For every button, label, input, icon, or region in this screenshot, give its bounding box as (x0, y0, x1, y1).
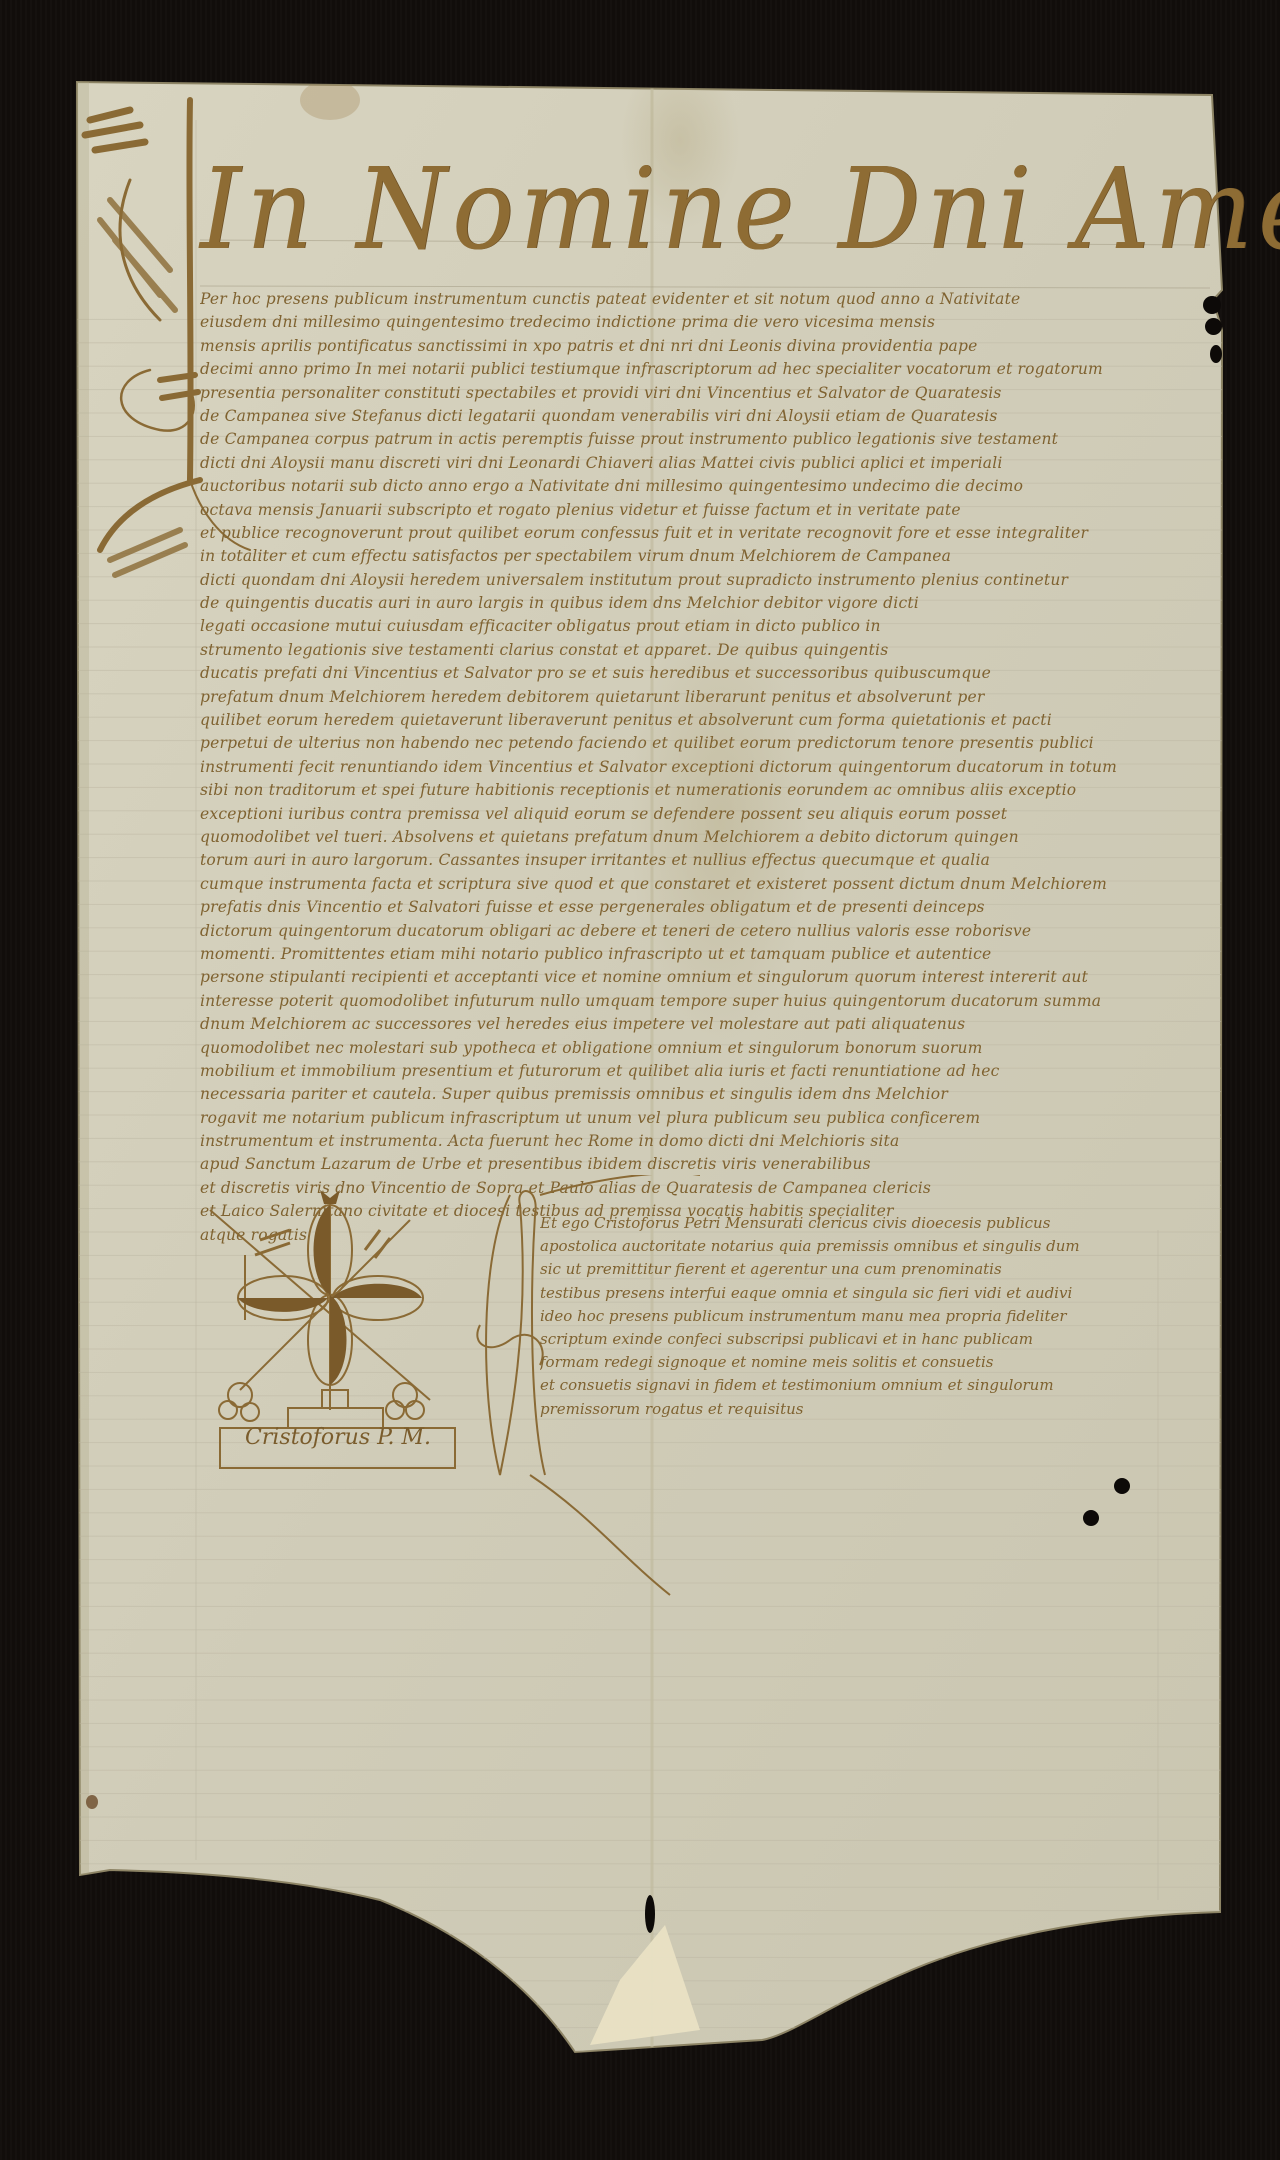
body-line: dictorum quingentorum ducatorum obligari… (200, 920, 1210, 943)
body-line: decimi anno primo In mei notarii publici… (200, 358, 1210, 381)
subscription-line: testibus presens interfui eaque omnia et… (540, 1282, 1100, 1305)
body-line: cumque instrumenta facta et scriptura si… (200, 873, 1210, 896)
edge-tear (1210, 345, 1222, 363)
body-line: octava mensis Januarii subscripto et rog… (200, 499, 1210, 522)
stain-spot (86, 1795, 98, 1809)
subscription-line: Et ego Cristoforus Petri Mensurati cleri… (540, 1212, 1100, 1235)
body-line: dnum Melchiorem ac successores vel hered… (200, 1013, 1210, 1036)
body-line: et publice recognoverunt prout quilibet … (200, 522, 1210, 545)
body-line: quomodolibet vel tueri. Absolvens et qui… (200, 826, 1210, 849)
body-line: de quingentis ducatis auri in auro largi… (200, 592, 1210, 615)
instrument-body-text: Per hoc presens publicum instrumentum cu… (200, 288, 1210, 1247)
body-line: eiusdem dni millesimo quingentesimo tred… (200, 311, 1210, 334)
body-line: presentia personaliter constituti specta… (200, 382, 1210, 405)
hole-damage (1083, 1510, 1099, 1526)
subscription-line: premissorum rogatus et requisitus (540, 1398, 1100, 1421)
hole-damage (1114, 1478, 1130, 1494)
subscription-line: formam redegi signoque et nomine meis so… (540, 1351, 1100, 1374)
body-line: prefatis dnis Vincentio et Salvatori fui… (200, 896, 1210, 919)
body-line: de Campanea sive Stefanus dicti legatari… (200, 405, 1210, 428)
body-line: mensis aprilis pontificatus sanctissimi … (200, 335, 1210, 358)
body-line: instrumenti fecit renuntiando idem Vince… (200, 756, 1210, 779)
subscription-line: scriptum exinde confeci subscripsi publi… (540, 1328, 1100, 1351)
notary-sign-label: Cristoforus P. M. (222, 1420, 454, 1456)
subscription-line: sic ut premittitur fierent et agerentur … (540, 1258, 1100, 1281)
body-line: de Campanea corpus patrum in actis perem… (200, 428, 1210, 451)
body-line: sibi non traditorum et spei future habit… (200, 779, 1210, 802)
body-line: persone stipulanti recipienti et accepta… (200, 966, 1210, 989)
parchment-sheet: In Nomine Dni Amen Per hoc presens publi… (0, 0, 1280, 2160)
body-line: Per hoc presens publicum instrumentum cu… (200, 288, 1210, 311)
body-line: legati occasione mutui cuiusdam efficaci… (200, 615, 1210, 638)
body-line: necessaria pariter et cautela. Super qui… (200, 1083, 1210, 1106)
body-line: ducatis prefati dni Vincentius et Salvat… (200, 662, 1210, 685)
body-line: interesse poterit quomodolibet infuturum… (200, 990, 1210, 1013)
body-line: instrumentum et instrumenta. Acta fuerun… (200, 1130, 1210, 1153)
body-line: apud Sanctum Lazarum de Urbe et presenti… (200, 1153, 1210, 1176)
edge-tear (1205, 318, 1222, 335)
edge-tear (1203, 296, 1221, 314)
body-line: exceptioni iuribus contra premissa vel a… (200, 803, 1210, 826)
body-line: quilibet eorum heredem quietaverunt libe… (200, 709, 1210, 732)
body-line: mobilium et immobilium presentium et fut… (200, 1060, 1210, 1083)
body-line: dicti dni Aloysii manu discreti viri dni… (200, 452, 1210, 475)
body-line: rogavit me notarium publicum infrascript… (200, 1107, 1210, 1130)
subscription-line: et consuetis signavi in fidem et testimo… (540, 1374, 1100, 1397)
body-line: torum auri in auro largorum. Cassantes i… (200, 849, 1210, 872)
body-line: momenti. Promittentes etiam mihi notario… (200, 943, 1210, 966)
body-line: in totaliter et cum effectu satisfactos … (200, 545, 1210, 568)
body-line: strumento legationis sive testamenti cla… (200, 639, 1210, 662)
body-line: prefatum dnum Melchiorem heredem debitor… (200, 686, 1210, 709)
invocation-heading: In Nomine Dni Amen (200, 150, 1111, 270)
body-line: quomodolibet nec molestari sub ypotheca … (200, 1037, 1210, 1060)
body-line: auctoribus notarii sub dicto anno ergo a… (200, 475, 1210, 498)
subscription-line: apostolica auctoritate notarius quia pre… (540, 1235, 1100, 1258)
body-line: dicti quondam dni Aloysii heredem univer… (200, 569, 1210, 592)
hole-damage (645, 1895, 655, 1933)
notary-subscription-text: Et ego Cristoforus Petri Mensurati cleri… (540, 1212, 1100, 1421)
subscription-line: ideo hoc presens publicum instrumentum m… (540, 1305, 1100, 1328)
body-line: perpetui de ulterius non habendo nec pet… (200, 732, 1210, 755)
